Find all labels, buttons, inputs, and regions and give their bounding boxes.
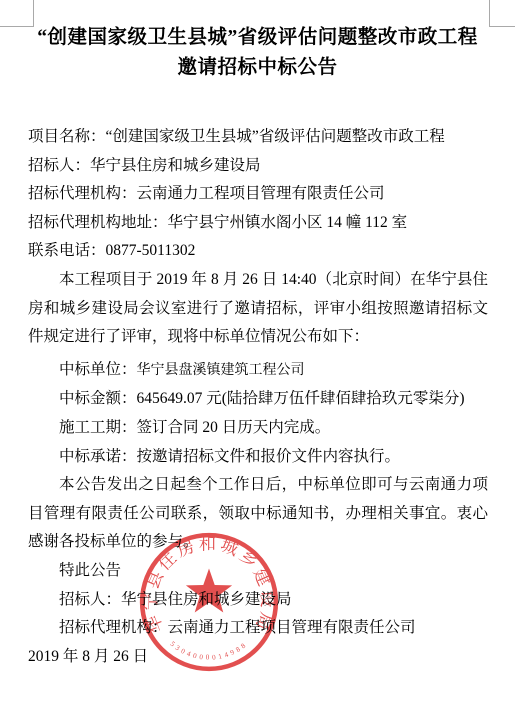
result-winner: 中标单位：华宁县盘溪镇建筑工程公司 bbox=[28, 356, 488, 386]
meta-agency: 招标代理机构：云南通力工程项目管理有限责任公司 bbox=[28, 180, 488, 209]
margin-crop-mark-top-right bbox=[489, 0, 515, 27]
result-commitment: 中标承诺：按邀请招标文件和报价文件内容执行。 bbox=[28, 443, 488, 472]
meta-agency-address: 招标代理机构地址：华宁县宁州镇水阁小区 14 幢 112 室 bbox=[28, 209, 488, 238]
result-amount-value: 645649.07 元(陆拾肆万伍仟肆佰肆拾玖元零柒分) bbox=[137, 390, 465, 407]
signature-agency: 招标代理机构：云南通力工程项目管理有限责任公司 bbox=[28, 614, 488, 643]
document-title: “创建国家级卫生县城”省级评估问题整改市政工程 邀请招标中标公告 bbox=[0, 23, 515, 83]
result-schedule: 施工工期：签订合同 20 日历天内完成。 bbox=[28, 414, 488, 443]
title-line-2: 邀请招标中标公告 bbox=[0, 53, 515, 83]
closing-statement: 特此公告 bbox=[28, 557, 488, 586]
result-schedule-value: 签订合同 20 日历天内完成。 bbox=[137, 419, 331, 436]
result-amount-label: 中标金额： bbox=[59, 390, 137, 407]
result-commitment-value: 按邀请招标文件和报价文件内容执行。 bbox=[137, 448, 401, 465]
title-line-1: “创建国家级卫生县城”省级评估问题整改市政工程 bbox=[0, 23, 515, 53]
meta-tenderer: 招标人：华宁县住房和城乡建设局 bbox=[28, 152, 488, 181]
margin-crop-mark-top-left bbox=[0, 0, 34, 27]
result-winner-value: 华宁县盘溪镇建筑工程公司 bbox=[137, 363, 305, 378]
result-winner-label: 中标单位： bbox=[59, 361, 137, 378]
paragraph-bid-process: 本工程项目于 2019 年 8 月 26 日 14:40（北京时间）在华宁县住房… bbox=[28, 266, 488, 352]
announcement-date: 2019 年 8 月 26 日 bbox=[28, 643, 488, 672]
document-body: 项目名称：“创建国家级卫生县城”省级评估问题整改市政工程 招标人：华宁县住房和城… bbox=[28, 123, 488, 671]
result-schedule-label: 施工工期： bbox=[59, 419, 137, 436]
result-amount: 中标金额：645649.07 元(陆拾肆万伍仟肆佰肆拾玖元零柒分) bbox=[28, 385, 488, 414]
document-page: “创建国家级卫生县城”省级评估问题整改市政工程 邀请招标中标公告 项目名称：“创… bbox=[0, 0, 515, 710]
result-commitment-label: 中标承诺： bbox=[59, 448, 137, 465]
award-results: 中标单位：华宁县盘溪镇建筑工程公司 中标金额：645649.07 元(陆拾肆万伍… bbox=[28, 356, 488, 471]
paragraph-notice: 本公告发出之日起叁个工作日后，中标单位即可与云南通力项目管理有限责任公司联系，领… bbox=[28, 471, 488, 557]
meta-project-name: 项目名称：“创建国家级卫生县城”省级评估问题整改市政工程 bbox=[28, 123, 488, 152]
signature-tenderer: 招标人：华宁县住房和城乡建设局 bbox=[28, 586, 488, 615]
meta-contact-phone: 联系电话：0877-5011302 bbox=[28, 237, 488, 266]
